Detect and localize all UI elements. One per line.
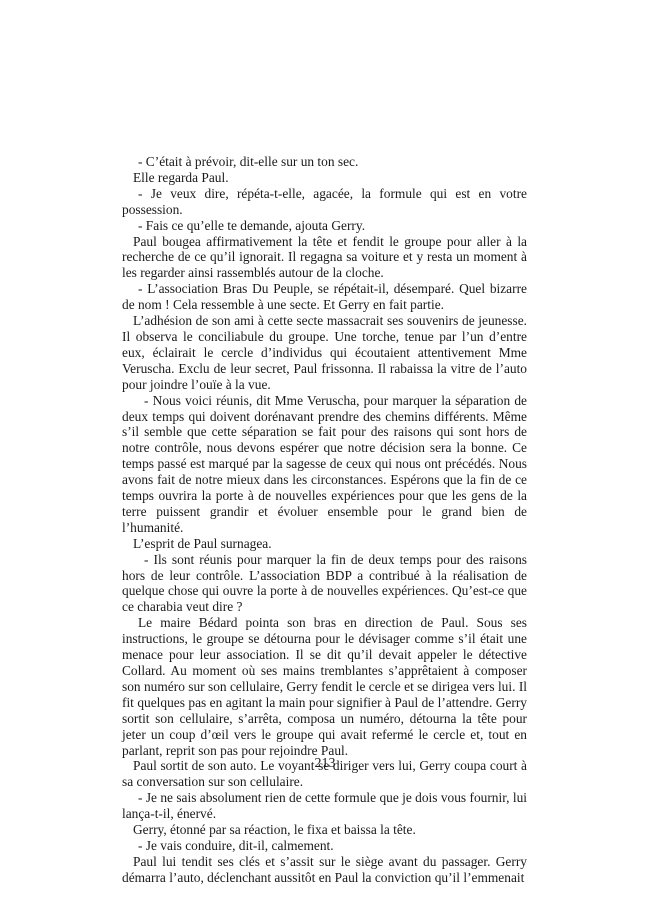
- paragraph: - Je ne sais absolument rien de cette fo…: [122, 790, 527, 822]
- paragraph: Elle regarda Paul.: [122, 170, 527, 186]
- paragraph: - L’association Bras Du Peuple, se répét…: [122, 281, 527, 313]
- paragraph: - C’était à prévoir, dit-elle sur un ton…: [122, 154, 527, 170]
- paragraph: - Fais ce qu’elle te demande, ajouta Ger…: [122, 218, 527, 234]
- page-number: 213: [0, 756, 650, 772]
- paragraph: - Je veux dire, répéta-t-elle, agacée, l…: [122, 186, 527, 218]
- paragraph: Le maire Bédard pointa son bras en direc…: [122, 615, 527, 758]
- paragraph: L’esprit de Paul surnagea.: [122, 536, 527, 552]
- body-text: - C’était à prévoir, dit-elle sur un ton…: [122, 154, 527, 886]
- paragraph: - Je vais conduire, dit-il, calmement.: [122, 838, 527, 854]
- paragraph: Paul bougea affirmativement la tête et f…: [122, 234, 527, 282]
- paragraph: - Nous voici réunis, dit Mme Veruscha, p…: [122, 393, 527, 536]
- paragraph: - Ils sont réunis pour marquer la fin de…: [122, 552, 527, 616]
- paragraph: Gerry, étonné par sa réaction, le fixa e…: [122, 822, 527, 838]
- paragraph: Paul lui tendit ses clés et s’assit sur …: [122, 854, 527, 886]
- book-page: - C’était à prévoir, dit-elle sur un ton…: [0, 0, 650, 920]
- paragraph: L’adhésion de son ami à cette secte mass…: [122, 313, 527, 393]
